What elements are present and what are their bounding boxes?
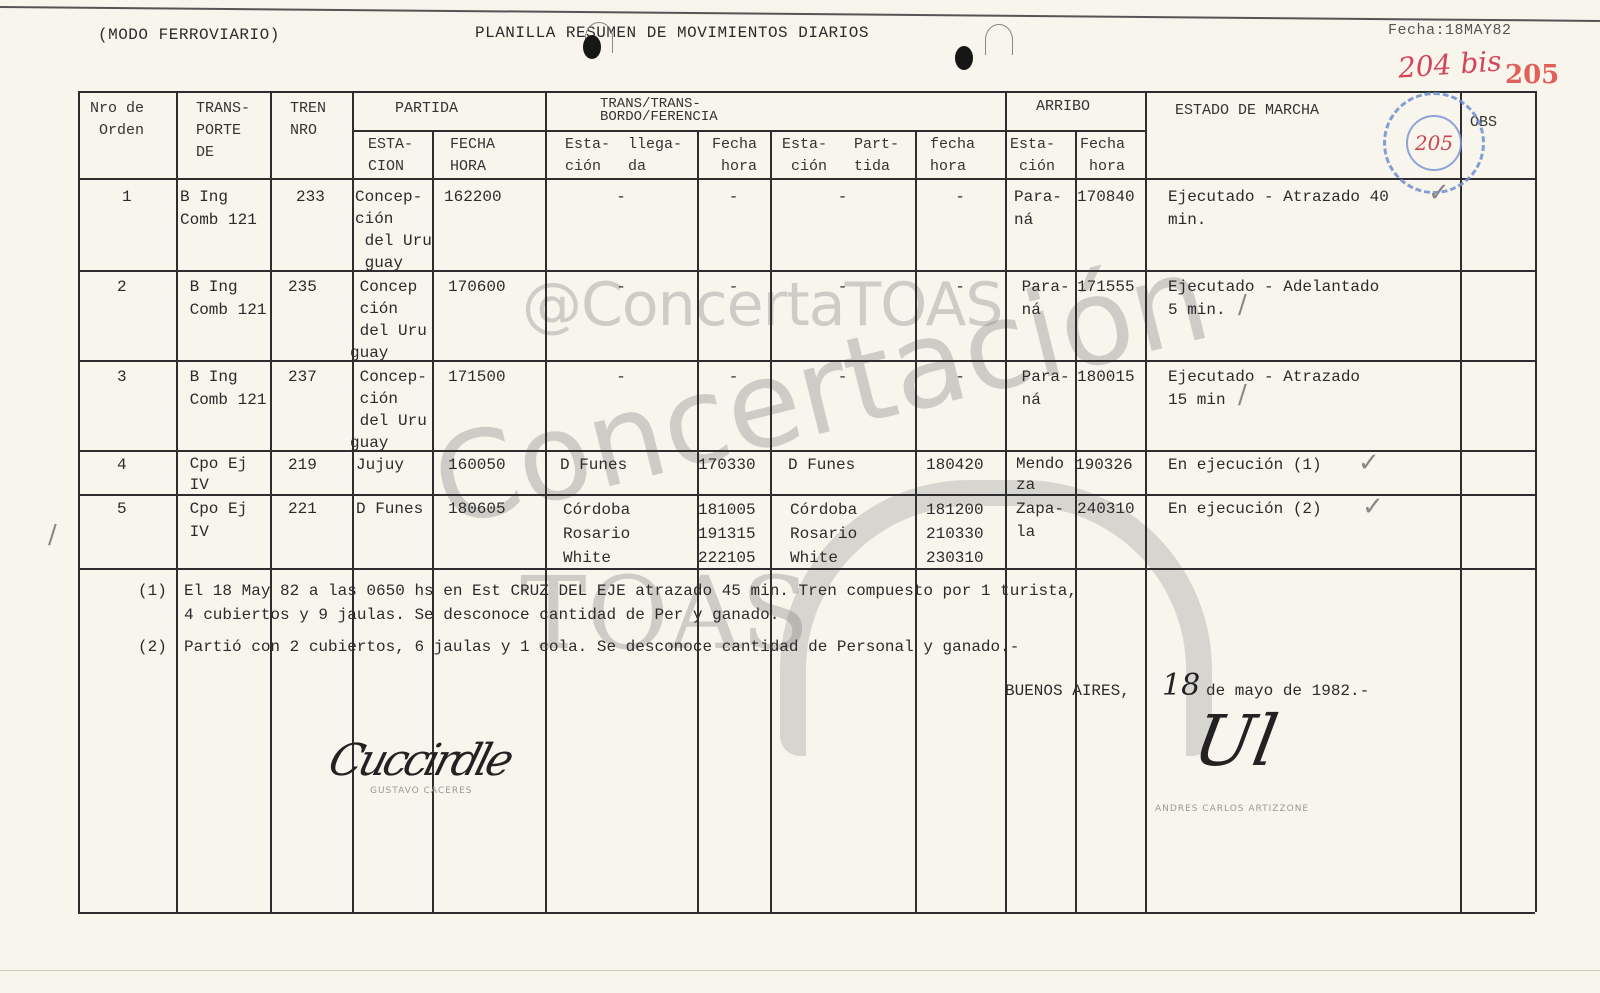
cell-partida-estacion: Concep- ción del Uru guay	[350, 366, 427, 454]
cell-tren: 219	[288, 454, 317, 477]
header-tb-fecha-hora-1: Fecha hora	[712, 134, 757, 178]
cell-arribo-fecha: 170840	[1077, 186, 1135, 209]
check-mark-icon: ✓	[1358, 448, 1380, 478]
cell-tb-partida-fecha: -	[915, 186, 1005, 209]
header-arribo-fecha: Fecha hora	[1080, 134, 1125, 178]
header-tren: TREN NRO	[290, 98, 326, 142]
cell-partida-estacion: Jujuy	[356, 454, 404, 477]
cell-tb-llegada-estacion: -	[545, 366, 697, 389]
cell-tren: 237	[288, 366, 317, 389]
cell-tb-llegada-fecha: 170330	[698, 454, 756, 477]
stamped-folio-number: 205	[1505, 60, 1559, 90]
header-partida: PARTIDA	[395, 98, 458, 120]
footnote-text: Partió con 2 cubiertos, 6 jaulas y 1 col…	[184, 638, 1019, 656]
cell-partida-estacion: D Funes	[356, 498, 423, 521]
punch-hole	[955, 46, 973, 70]
cell-estado: En ejecución (2)	[1168, 498, 1322, 521]
cell-tb-llegada-fecha: -	[697, 276, 770, 299]
cell-partida-fecha: 171500	[448, 366, 506, 389]
cell-transporte: B Ing Comb 121	[180, 366, 266, 412]
cell-tb-partida-estacion: Córdoba Rosario White	[790, 498, 857, 570]
page-edge	[0, 970, 1600, 971]
cell-partida-fecha: 160050	[448, 454, 506, 477]
cell-tb-partida-estacion: D Funes	[788, 454, 855, 477]
cell-tb-partida-estacion: -	[770, 186, 915, 209]
closing-day-handwritten: 18	[1162, 668, 1200, 703]
handwritten-folio-number: 204 bis	[1397, 44, 1503, 84]
cell-partida-fecha: 162200	[444, 186, 502, 209]
cell-nro: 1	[122, 186, 132, 209]
check-mark-icon: ✓	[1428, 178, 1450, 208]
seal-number: 205	[1406, 115, 1462, 171]
cell-nro: 4	[117, 454, 127, 477]
cell-estado: Ejecutado - Atrazado 40 min.	[1168, 186, 1389, 232]
footnote-text-continued: 4 cubiertos y 9 jaulas. Se desconoce can…	[184, 606, 779, 624]
page-edge	[0, 6, 1600, 22]
signature-left-name-stamp: GUSTAVO CACERES	[370, 786, 473, 796]
header-transbordo: TRANS/TRANS- BORDO/FERENCIA	[600, 98, 718, 124]
cell-estado: Ejecutado - Atrazado 15 min	[1168, 366, 1360, 412]
cell-nro: 5	[117, 498, 127, 521]
cell-tb-partida-fecha: -	[915, 366, 1005, 389]
cell-estado: Ejecutado - Adelantado 5 min.	[1168, 276, 1379, 322]
cell-tren: 235	[288, 276, 317, 299]
cell-arribo-estacion: Para- ná	[1012, 366, 1070, 412]
header-tb-fecha-hora-2: fecha hora	[930, 134, 975, 178]
cell-arribo-fecha: 190326	[1075, 454, 1133, 477]
header-arribo: ARRIBO	[1036, 96, 1090, 118]
check-mark-icon: ✓	[1362, 492, 1384, 522]
signature-right-name-stamp: ANDRES CARLOS ARTIZZONE	[1155, 804, 1309, 814]
cell-tb-llegada-fecha: -	[697, 186, 770, 209]
punch-hole-ring	[985, 24, 1013, 55]
header-nro-orden: Nro de Orden	[90, 98, 144, 142]
check-mark-icon: /	[1238, 380, 1247, 410]
header-transporte: TRANS- PORTE DE	[196, 98, 250, 164]
cell-transporte: B Ing Comb 121	[180, 276, 266, 322]
cell-nro: 3	[117, 366, 127, 389]
signature-right: Ul	[1188, 700, 1284, 782]
cell-tren: 221	[288, 498, 317, 521]
cell-arribo-estacion: Para- ná	[1014, 186, 1062, 232]
cell-tb-partida-fecha: -	[915, 276, 1005, 299]
footnote-marker: (2)	[138, 638, 167, 656]
cell-partida-estacion: Concep ción del Uru guay	[350, 276, 427, 364]
footnote-marker: (1)	[138, 582, 167, 600]
cell-arribo-estacion: Para- ná	[1012, 276, 1070, 322]
document-title: PLANILLA RESUMEN DE MOVIMIENTOS DIARIOS	[475, 24, 869, 42]
cell-arribo-estacion: Zapa- la	[1016, 498, 1064, 544]
cell-nro: 2	[117, 276, 127, 299]
cell-tb-partida-estacion: -	[770, 366, 915, 389]
cell-transporte: B Ing Comb 121	[180, 186, 257, 232]
header-tb-estacion-llegada: Esta- llega- ción da	[565, 134, 682, 178]
cell-transporte: Cpo Ej IV	[180, 498, 247, 544]
header-tb-estacion-partida: Esta- Part- ción tida	[782, 134, 899, 178]
cell-tb-llegada-estacion: Córdoba Rosario White	[563, 498, 630, 570]
cell-arribo-estacion: Mendo za	[1016, 454, 1064, 496]
cell-transporte: Cpo Ej IV	[180, 454, 247, 496]
cell-tb-partida-estacion: -	[770, 276, 915, 299]
closing-place: BUENOS AIRES,	[1005, 682, 1130, 700]
cell-partida-fecha: 170600	[448, 276, 506, 299]
cell-tb-llegada-estacion: -	[545, 276, 697, 299]
header-partida-fecha: FECHA HORA	[450, 134, 495, 178]
footnote-text: El 18 May 82 a las 0650 hs en Est CRUZ D…	[184, 582, 1077, 600]
header-arribo-estacion: Esta- ción	[1010, 134, 1055, 178]
punch-hole	[583, 35, 601, 59]
cell-tb-llegada-estacion: -	[545, 186, 697, 209]
cell-tb-llegada-estacion: D Funes	[560, 454, 627, 477]
header-partida-estacion: ESTA- CION	[368, 134, 413, 178]
cell-estado: En ejecución (1)	[1168, 454, 1322, 477]
closing-date: de mayo de 1982.-	[1206, 682, 1369, 700]
cell-tren: 233	[296, 186, 325, 209]
cell-tb-partida-fecha: 180420	[926, 454, 984, 477]
cell-tb-llegada-fecha: -	[697, 366, 770, 389]
cell-arribo-fecha: 180015	[1077, 366, 1135, 389]
cell-tb-partida-fecha: 181200 210330 230310	[926, 498, 984, 570]
cell-arribo-fecha: 240310	[1077, 498, 1135, 521]
cell-partida-estacion: Concep- ción del Uru guay	[355, 186, 432, 274]
check-mark-icon: /	[48, 520, 57, 550]
signature-left: Cuccirdle	[323, 735, 515, 786]
mode-label: (MODO FERROVIARIO)	[98, 26, 280, 44]
check-mark-icon: /	[1238, 290, 1247, 320]
cell-arribo-fecha: 171555	[1077, 276, 1135, 299]
cell-partida-fecha: 180605	[448, 498, 506, 521]
header-estado: ESTADO DE MARCHA	[1175, 100, 1319, 122]
cell-tb-llegada-fecha: 181005 191315 222105	[698, 498, 756, 570]
document-date: Fecha:18MAY82	[1388, 22, 1512, 39]
